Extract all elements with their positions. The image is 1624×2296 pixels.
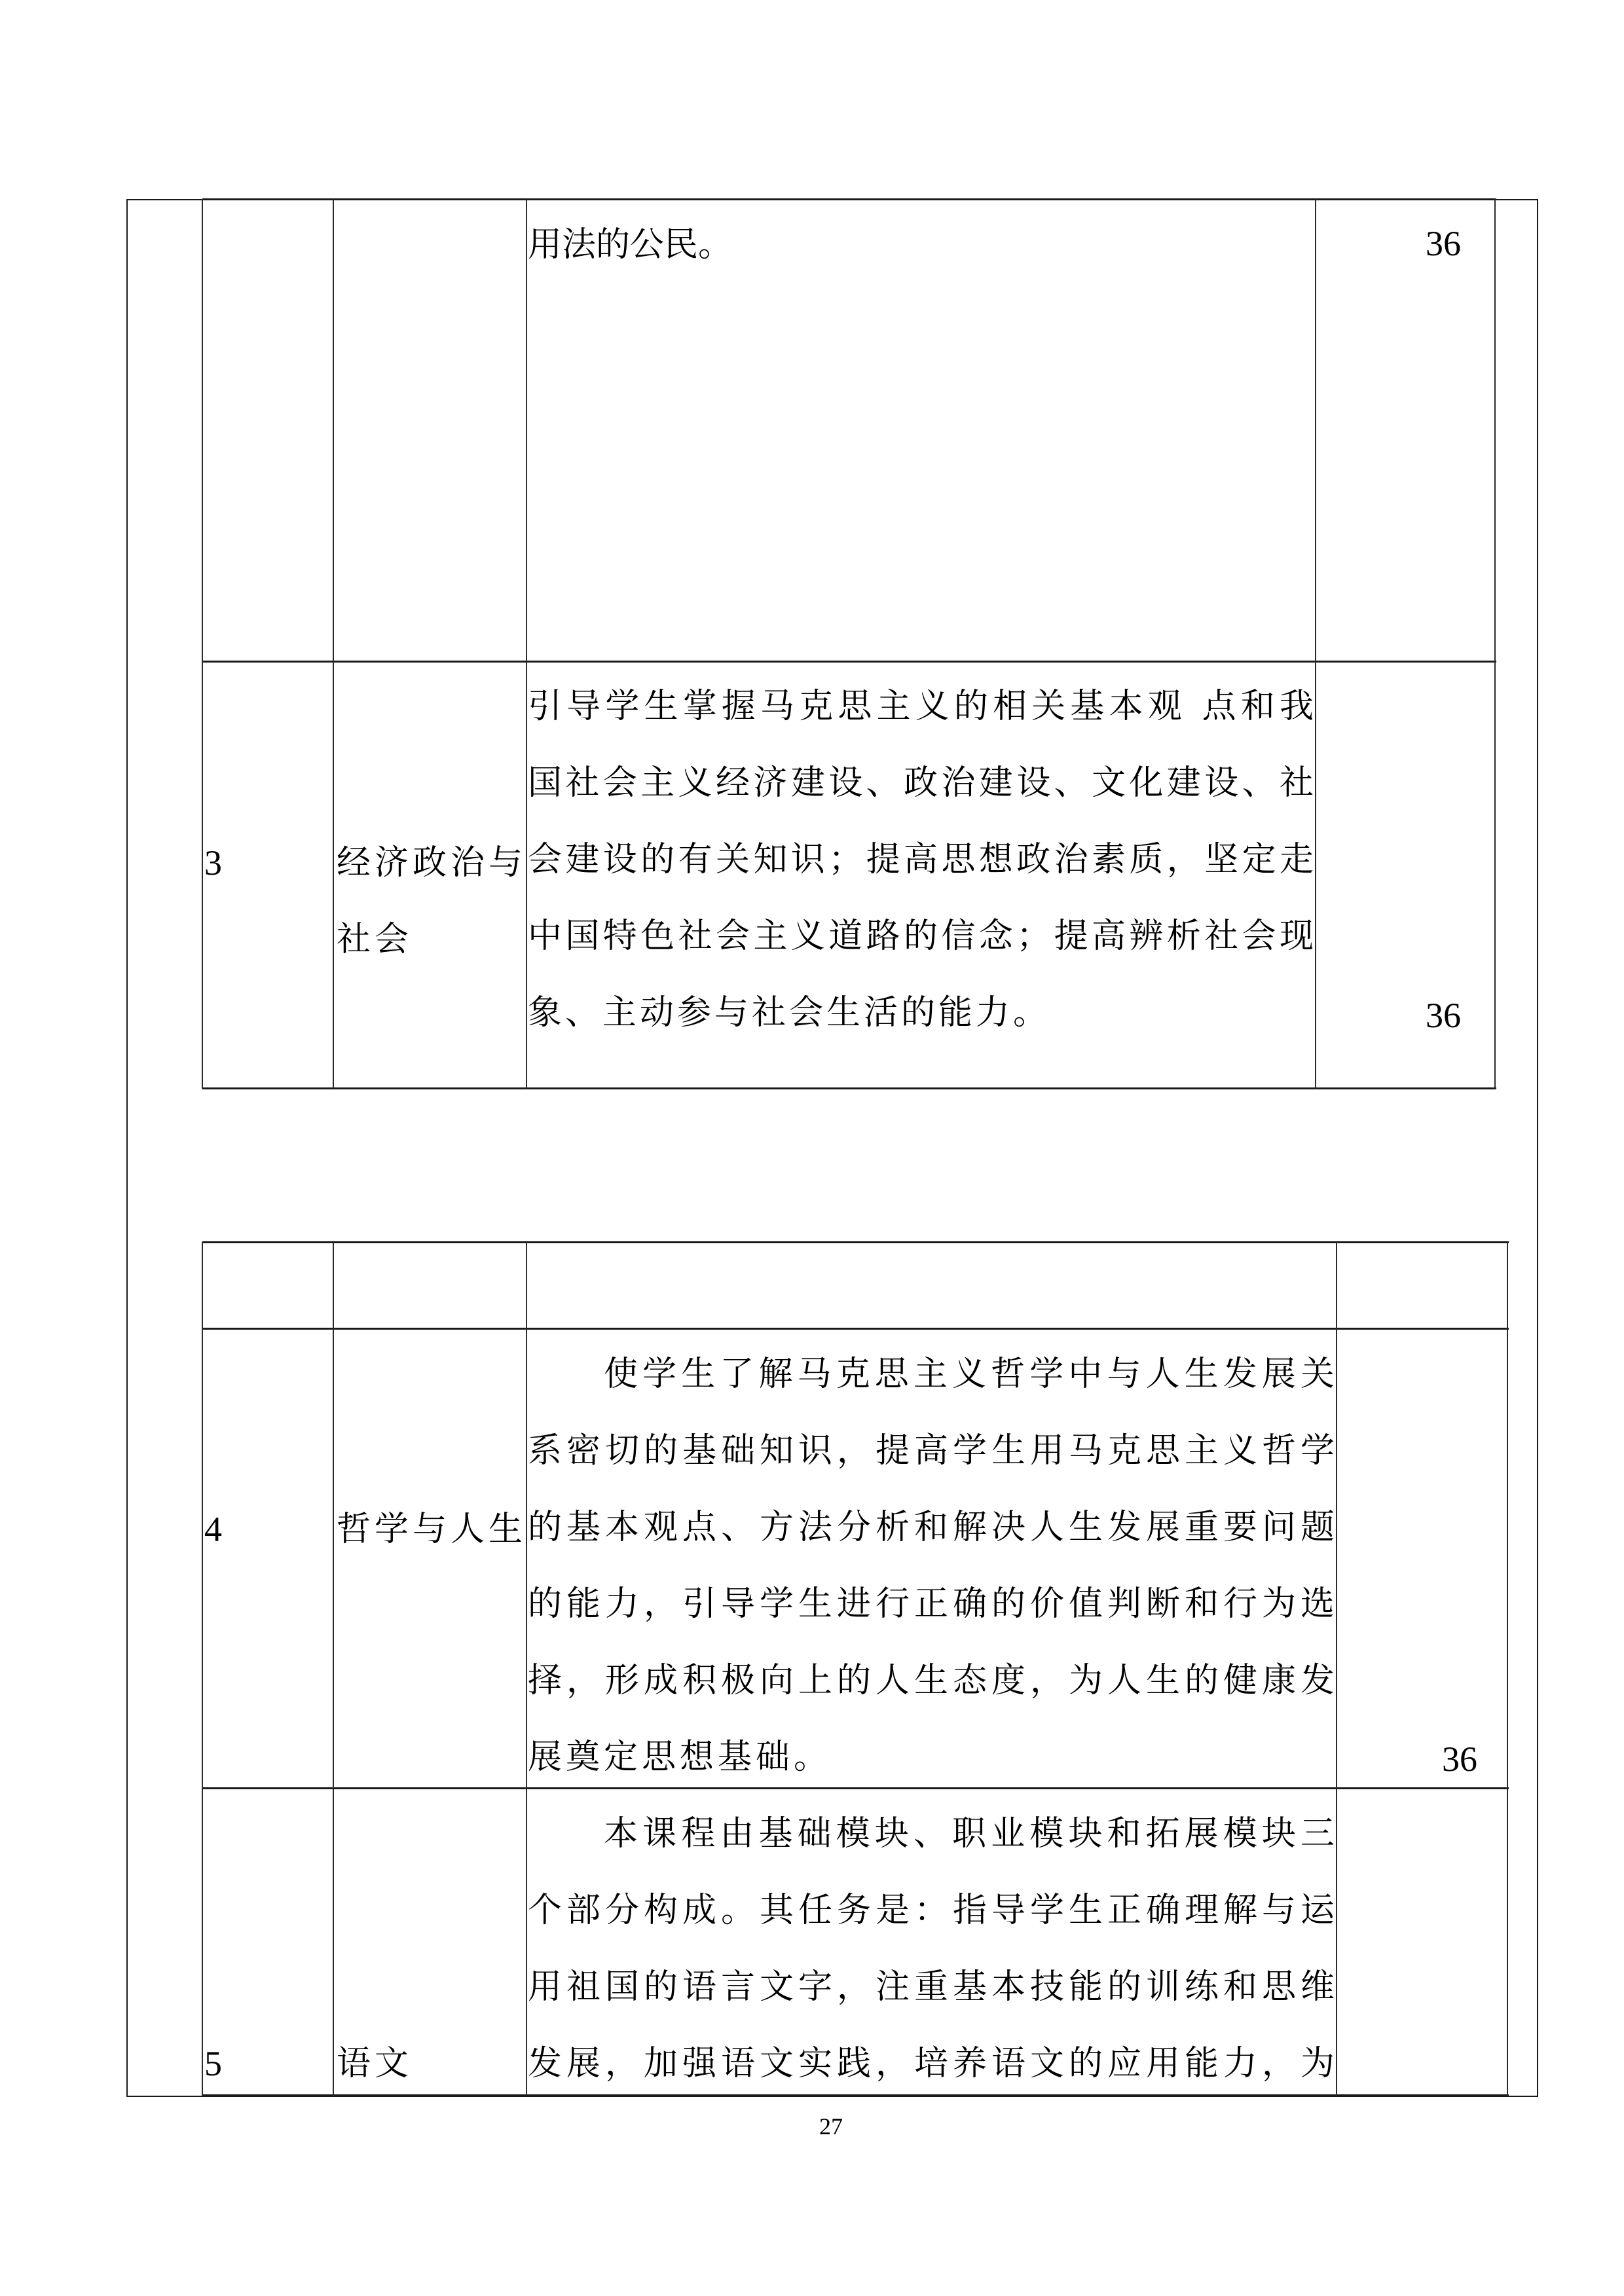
course-name-line: 经济政治与 — [337, 843, 526, 883]
description-line: 使学生了解马克思主义哲学中与人生发展关 — [604, 1355, 1335, 1394]
page-number: 27 — [819, 2113, 843, 2140]
hours-value: 36 — [1442, 1740, 1477, 1779]
description-line: 个部分构成。其任务是：指导学生正确理解与运 — [528, 1891, 1335, 1930]
hours-value: 36 — [1426, 224, 1461, 263]
row-index: 4 — [204, 1510, 222, 1549]
hours-value: 36 — [1426, 996, 1461, 1035]
description-line: 本课程由基础模块、职业模块和拓展模块三 — [604, 1814, 1335, 1853]
description-line: 展奠定思想基础。 — [528, 1738, 832, 1777]
table1-bottom-border — [202, 1087, 1496, 1089]
table1-col-line-4 — [1494, 199, 1496, 1089]
table2-col-line-3 — [1336, 1242, 1337, 2096]
row-index: 3 — [204, 843, 222, 883]
description-line: 发展，加强语文实践，培养语文的应用能力，为 — [528, 2044, 1335, 2083]
description-line: 择，形成积极向上的人生态度，为人生的健康发 — [528, 1661, 1335, 1700]
course-name-line: 语文 — [337, 2044, 413, 2083]
table2-col-line-0 — [202, 1242, 203, 2096]
description-line: 引导学生掌握马克思主义的相关基本观 点和我 — [528, 687, 1314, 726]
table2-header-divider — [202, 1328, 1509, 1330]
description-line: 象、主动参与社会生活的能力。 — [528, 993, 1050, 1032]
row-index: 5 — [204, 2044, 222, 2083]
description-line: 用法的公民。 — [528, 225, 732, 264]
table2-bottom-border — [202, 2094, 1509, 2096]
description-line: 系密切的基础知识，提高学生用马克思主义哲学 — [528, 1431, 1335, 1470]
table2-col-line-2 — [526, 1242, 527, 2096]
table1-top-border — [202, 198, 1496, 200]
course-name-line: 社会 — [337, 920, 413, 959]
table2-top-border — [202, 1241, 1509, 1243]
description-line: 的能力，引导学生进行正确的价值判断和行为选 — [528, 1584, 1335, 1624]
table1-col-line-1 — [333, 199, 334, 1089]
description-line: 用祖国的语言文字，注重基本技能的训练和思维 — [528, 1967, 1335, 2007]
description-line: 会建设的有关知识；提高思想政治素质，坚定走 — [528, 840, 1314, 879]
table1-col-line-3 — [1315, 199, 1316, 1089]
table1-row-divider — [202, 661, 1496, 663]
description-line: 的基本观点、方法分析和解决人生发展重要问题 — [528, 1508, 1335, 1547]
table1-col-line-0 — [202, 199, 203, 1089]
course-name-line: 哲学与人生 — [337, 1510, 526, 1549]
table1-col-line-2 — [526, 199, 527, 1089]
table2-col-line-4 — [1507, 1242, 1508, 2096]
outer-page-frame — [126, 199, 1538, 2097]
description-line: 国社会主义经济建设、政治建设、文化建设、社 — [528, 763, 1314, 803]
description-line: 中国特色社会主义道路的信念；提高辨析社会现 — [528, 917, 1314, 956]
table2-col-line-1 — [333, 1242, 334, 2096]
table2-row-divider — [202, 1787, 1509, 1789]
